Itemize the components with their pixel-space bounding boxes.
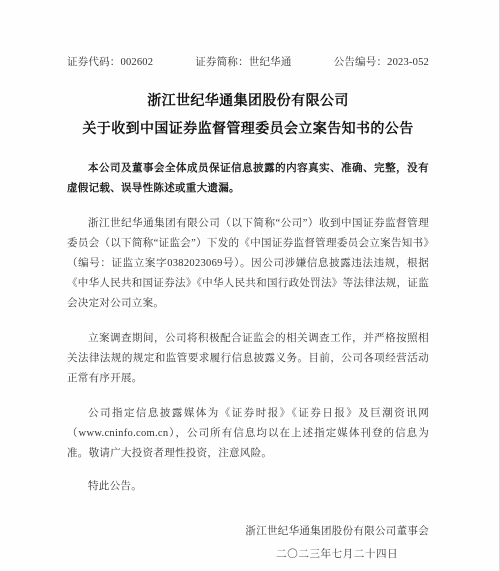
- company-title: 浙江世纪华通集团股份有限公司: [67, 92, 429, 112]
- signature-date: 二〇二三年七月二十四日: [245, 547, 429, 563]
- stock-code: 证券代码：002602: [67, 54, 153, 69]
- board-statement: 本公司及董事会全体成员保证信息披露的内容真实、准确、完整，没有虚假记载、误导性陈…: [67, 159, 429, 199]
- signature-company: 浙江世纪华通集团股份有限公司董事会: [245, 524, 429, 540]
- signature-inner: 浙江世纪华通集团股份有限公司董事会 二〇二三年七月二十四日: [245, 524, 429, 563]
- announcement-number: 公告编号：2023-052: [334, 54, 429, 69]
- paragraph-disclosure-media: 公司指定信息披露媒体为《证券时报》《证券日报》及巨潮资讯网（www.cninfo…: [67, 404, 429, 464]
- paragraph-investigation-notice: 浙江世纪华通集团有限公司（以下简称“公司”）收到中国证券监督管理委员会（以下简称…: [67, 214, 429, 314]
- announcement-title: 关于收到中国证券监督管理委员会立案告知书的公告: [67, 120, 429, 140]
- paragraph-cooperation: 立案调查期间，公司将积极配合证监会的相关调查工作，并严格按照相关法律法规的规定和…: [67, 329, 429, 389]
- signature-block: 浙江世纪华通集团股份有限公司董事会 二〇二三年七月二十四日: [67, 524, 429, 563]
- closing-statement: 特此公告。: [67, 477, 429, 497]
- stock-name: 证券简称：世纪华通: [195, 54, 291, 69]
- announcement-document: 证券代码：002602 证券简称：世纪华通 公告编号：2023-052 浙江世纪…: [0, 0, 500, 571]
- header-row: 证券代码：002602 证券简称：世纪华通 公告编号：2023-052: [67, 54, 429, 69]
